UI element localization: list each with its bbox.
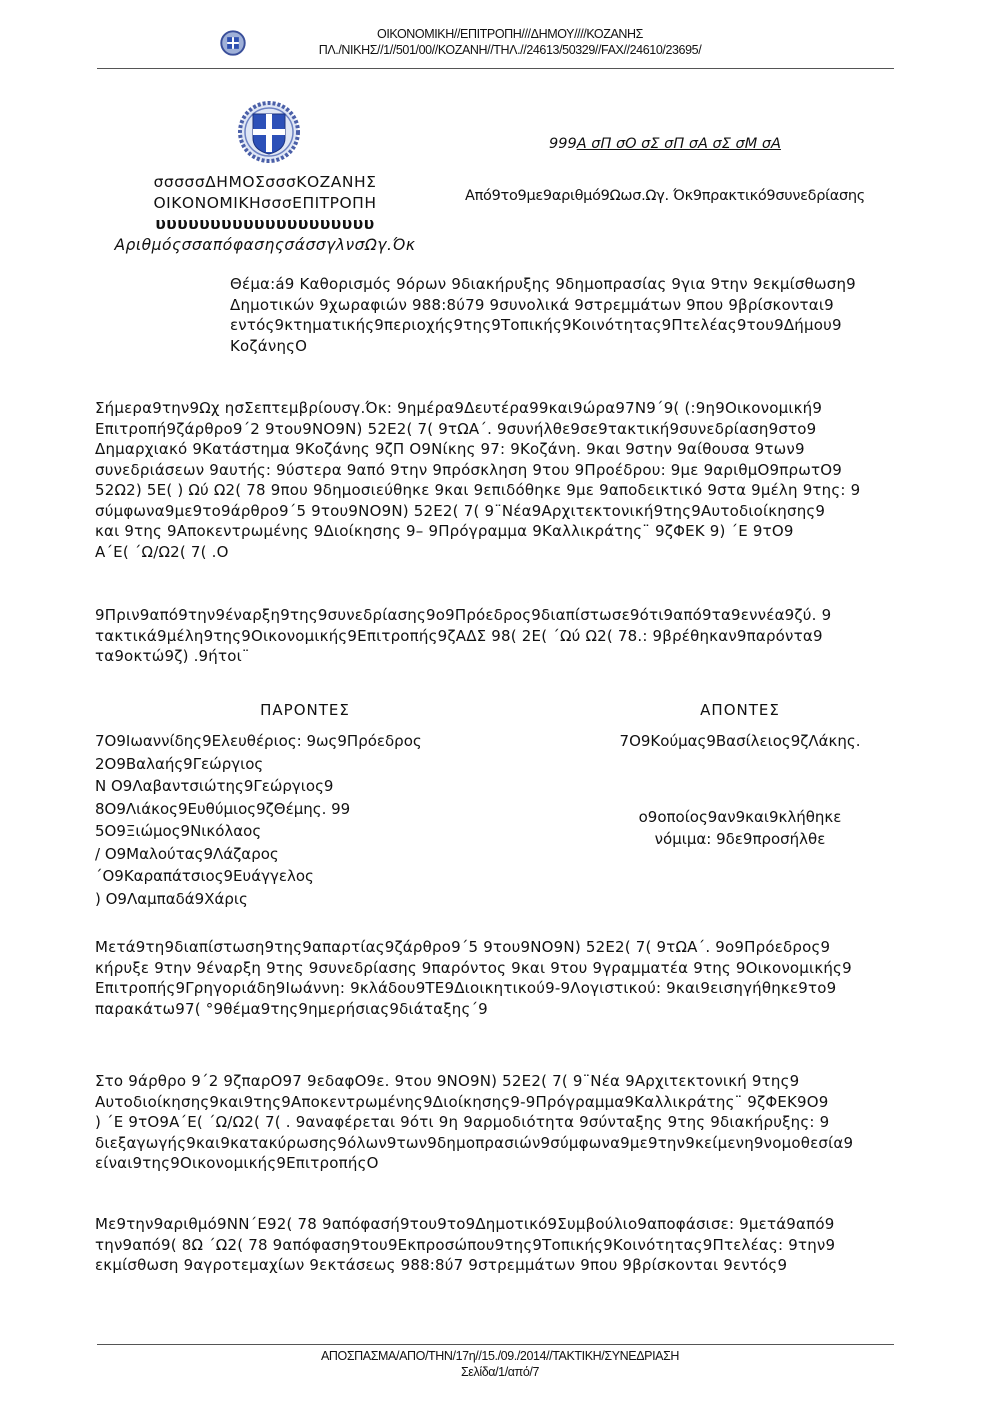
page-footer: ΑΠΟΣΠΑΣΜΑ/ΑΠΟ/ΤΗΝ/17η//15./09./2014//ΤΑΚ… <box>0 1349 1000 1380</box>
list-item: ΄Ο9Καραπάτσιος9Ευάγγελος <box>95 865 515 888</box>
text-line: τα9οκτώ9ζ) .9ήτοι¨ <box>95 646 910 667</box>
text-line: Επιτροπής9Γρηγοριάδη9Ιωάννη: 9κλάδου9ΤΕ9… <box>95 978 910 999</box>
text-line: Στο 9άρθρο 9΄2 9ζπαρΟ97 9εδαφΟ9ε. 9του 9… <box>95 1071 910 1092</box>
subject-line: εντός9κτηματικής9περιοχής9της9Τοπικής9Κο… <box>230 315 905 336</box>
text-line: διεξαγωγής9και9κατακύρωσης9όλων9των9δημο… <box>95 1133 910 1154</box>
text-line: Με9την9αριθμό9ΝΝ΄Ε92( 78 9απόφασή9του9το… <box>95 1214 910 1235</box>
absent-note: ο9οποίος9αν9και9κλήθηκε νόμιμα: 9δε9προσ… <box>560 806 920 850</box>
page-number: Σελίδα/1/από/7 <box>0 1365 1000 1381</box>
footer-divider <box>97 1344 894 1345</box>
separator-line: υυυυυυυυυυυυυυυυυυυυ <box>100 214 430 235</box>
document-subtitle: Από9το9με9αριθμό9Ωωσ.Ωγ. Όκ9πρακτικό9συν… <box>430 188 900 204</box>
decision-number: ΑριθμόςσσαπόφασηςσάσσγλνσΩγ.Όκ <box>100 235 430 256</box>
note-line: νόμιμα: 9δε9προσήλθε <box>560 828 920 850</box>
text-line: ) ΄Ε 9τΟ9Α΄Ε( ΄Ω/Ω2( 7( . 9αναφέρεται 9ό… <box>95 1112 910 1133</box>
absent-heading: ΑΠΟΝΤΕΣ <box>600 701 880 719</box>
text-line: 9Πριν9από9την9έναρξη9της9συνεδρίασης9ο9Π… <box>95 605 910 626</box>
text-line: Δημαρχιακό 9Κατάστημα 9Κοζάνης 9ζΠ Ο9Νίκ… <box>95 439 910 460</box>
list-item: ) Ο9Λαμπαδά9Χάρις <box>95 888 515 911</box>
list-item: Ν Ο9Λαβαντσιώτης9Γεώργιος9 <box>95 775 515 798</box>
text-line: παρακάτω97( °9θέμα9της9ημερήσιας9διάταξη… <box>95 999 910 1020</box>
absent-members-list: 7Ο9Κούμας9Βασίλειος9ζΛάκης. <box>560 730 920 753</box>
header-text: ΟΙΚΟΝΟΜΙΚΗ//ΕΠΙΤΡΟΠΗ///ΔΗΜΟΥ////ΚΟΖΑΝΗΣ … <box>0 26 1000 58</box>
list-item: 7Ο9Ιωαννίδης9Ελευθέριος: 9ως9Πρόεδρος <box>95 730 515 753</box>
title-text: Α σΠ σΟ σΣ σΠ σΑ σΣ σΜ σΑ <box>577 136 781 152</box>
present-heading: ΠΑΡΟΝΤΕΣ <box>180 701 430 719</box>
opening-paragraph: Μετά9τη9διαπίστωση9της9απαρτίας9ζάρθρο9΄… <box>95 937 910 1019</box>
text-line: τακτικά9μέλη9της9Οικονομικής9Επιτροπής9ζ… <box>95 626 910 647</box>
text-line: 52Ω2) 5Ε( ) Ωύ Ω2( 78 9που 9δημοσιεύθηκε… <box>95 480 910 501</box>
text-line: Σήμερα9την9Ωχ ησΣεπτεμβρίουσγ.Όκ: 9ημέρα… <box>95 398 910 419</box>
list-item: / Ο9Μαλούτας9Λάζαρος <box>95 843 515 866</box>
subject-line: Θέμα:á9 Καθορισμός 9όρων 9διακήρυξης 9δη… <box>230 274 905 295</box>
footer-line-1: ΑΠΟΣΠΑΣΜΑ/ΑΠΟ/ΤΗΝ/17η//15./09./2014//ΤΑΚ… <box>0 1349 1000 1365</box>
text-line: σύμφωνα9με9το9άρθρο9΄5 9του9ΝΟ9Ν) 52Ε2( … <box>95 501 910 522</box>
subject-paragraph: Θέμα:á9 Καθορισμός 9όρων 9διακήρυξης 9δη… <box>230 274 905 356</box>
council-decision-paragraph: Με9την9αριθμό9ΝΝ΄Ε92( 78 9απόφασή9του9το… <box>95 1214 910 1276</box>
greek-emblem-icon <box>237 100 301 164</box>
municipality-name: σσσσσΔΗΜΟΣσσσΚΟΖΑΝΗΣ <box>100 172 430 193</box>
legal-basis-paragraph: Στο 9άρθρο 9΄2 9ζπαρΟ97 9εδαφΟ9ε. 9του 9… <box>95 1071 910 1174</box>
text-line: Επιτροπή9ζάρθρο9΄2 9του9ΝΟ9Ν) 52Ε2( 7( 9… <box>95 419 910 440</box>
text-line: συνεδριάσεων 9αυτής: 9ύστερα 9από 9την 9… <box>95 460 910 481</box>
header-divider <box>97 68 894 69</box>
meeting-paragraph: Σήμερα9την9Ωχ ησΣεπτεμβρίουσγ.Όκ: 9ημέρα… <box>95 398 910 562</box>
list-item: 2Ο9Βαλαής9Γεώργιος <box>95 753 515 776</box>
list-item: 5Ο9Ξιώμος9Νικόλαος <box>95 820 515 843</box>
text-line: και 9της 9Αποκεντρωμένης 9Διοίκησης 9– 9… <box>95 521 910 542</box>
quorum-paragraph: 9Πριν9από9την9έναρξη9της9συνεδρίασης9ο9Π… <box>95 605 910 667</box>
text-line: είναι9της9Οικονομικής9ΕπιτροπήςΟ <box>95 1153 910 1174</box>
text-line: Αυτοδιοίκησης9και9της9Αποκεντρωμένης9Διο… <box>95 1092 910 1113</box>
present-members-list: 7Ο9Ιωαννίδης9Ελευθέριος: 9ως9Πρόεδρος 2Ο… <box>95 730 515 910</box>
text-line: Α΄Ε( ΄Ω/Ω2( 7( .Ο <box>95 542 910 563</box>
note-line: ο9οποίος9αν9και9κλήθηκε <box>560 806 920 828</box>
committee-name: ΟΙΚΟΝΟΜΙΚΗσσσΕΠΙΤΡΟΠΗ <box>100 193 430 214</box>
text-line: την9από9( 8Ω ΄Ω2( 78 9απόφαση9του9Εκπροσ… <box>95 1235 910 1256</box>
header-line-1: ΟΙΚΟΝΟΜΙΚΗ//ΕΠΙΤΡΟΠΗ///ΔΗΜΟΥ////ΚΟΖΑΝΗΣ <box>0 26 1000 42</box>
header-line-2: ΠΛ./ΝΙΚΗΣ//1//501/00//ΚΟΖΑΝΗ//ΤΗΛ.//2461… <box>0 42 1000 58</box>
text-line: εκμίσθωση 9αγροτεμαχίων 9εκτάσεως 988:8ύ… <box>95 1255 910 1276</box>
text-line: Μετά9τη9διαπίστωση9της9απαρτίας9ζάρθρο9΄… <box>95 937 910 958</box>
text-line: κήρυξε 9την 9έναρξη 9της 9συνεδρίασης 9π… <box>95 958 910 979</box>
municipality-block: σσσσσΔΗΜΟΣσσσΚΟΖΑΝΗΣ ΟΙΚΟΝΟΜΙΚΗσσσΕΠΙΤΡΟ… <box>100 172 430 256</box>
list-item: 7Ο9Κούμας9Βασίλειος9ζΛάκης. <box>560 730 920 753</box>
list-item: 8Ο9Λιάκος9Ευθύμιος9ζΘέμης. 99 <box>95 798 515 821</box>
subject-line: ΚοζάνηςΟ <box>230 336 905 357</box>
title-prefix: 999 <box>549 136 577 152</box>
document-title: 999Α σΠ σΟ σΣ σΠ σΑ σΣ σΜ σΑ <box>430 136 900 152</box>
subject-line: Δημοτικών 9χωραφιών 988:8ύ79 9συνολικά 9… <box>230 295 905 316</box>
